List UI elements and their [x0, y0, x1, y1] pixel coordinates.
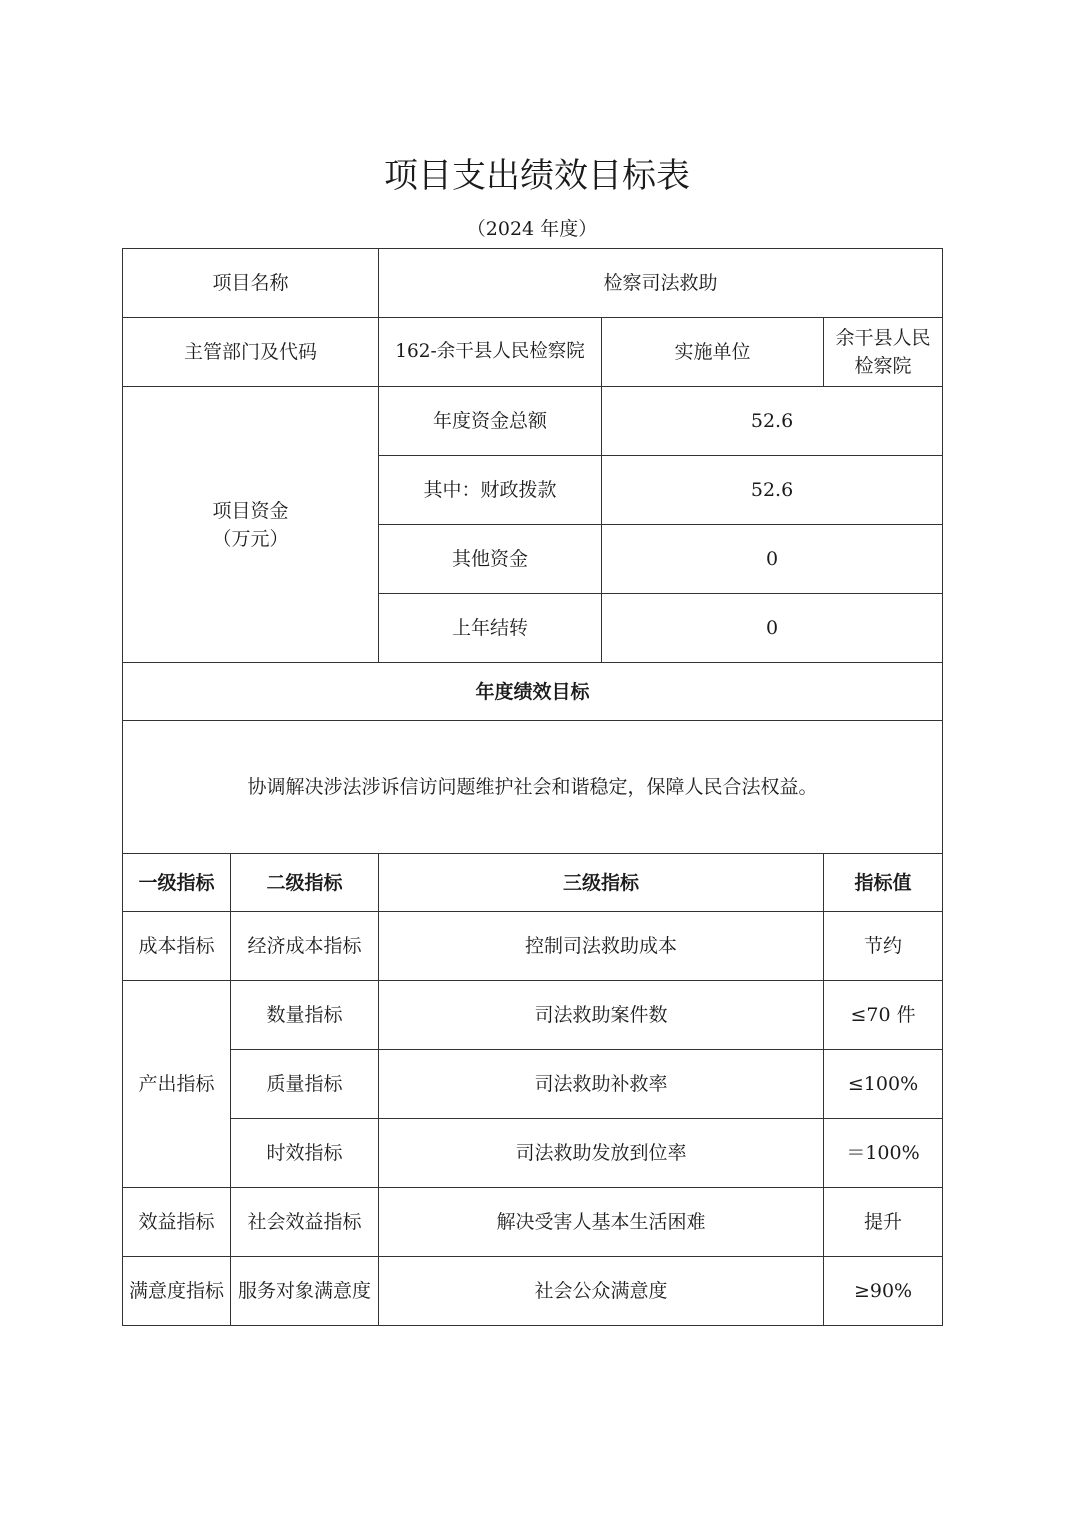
- value-cell: ≥90%: [824, 1257, 943, 1326]
- level2-cell: 时效指标: [231, 1119, 379, 1188]
- level3-cell: 司法救助补救率: [379, 1050, 824, 1119]
- dept-label: 主管部门及代码: [123, 318, 379, 387]
- level3-cell: 社会公众满意度: [379, 1257, 824, 1326]
- indicator-row: 成本指标 经济成本指标 控制司法救助成本 节约: [123, 912, 943, 981]
- funds-label-line2: （万元）: [125, 525, 376, 553]
- level2-cell: 经济成本指标: [231, 912, 379, 981]
- level1-cell: 满意度指标: [123, 1257, 231, 1326]
- fund-value: 52.6: [602, 456, 943, 525]
- level3-cell: 司法救助案件数: [379, 981, 824, 1050]
- goal-header-row: 年度绩效目标: [123, 663, 943, 721]
- indicator-row: 产出指标 数量指标 司法救助案件数 ≤70 件: [123, 981, 943, 1050]
- fund-label: 上年结转: [379, 594, 602, 663]
- level3-cell: 解决受害人基本生活困难: [379, 1188, 824, 1257]
- header-level2: 二级指标: [231, 854, 379, 912]
- fund-label: 年度资金总额: [379, 387, 602, 456]
- level2-cell: 社会效益指标: [231, 1188, 379, 1257]
- fund-label: 其中：财政拨款: [379, 456, 602, 525]
- department-row: 主管部门及代码 162-余干县人民检察院 实施单位 余干县人民检察院: [123, 318, 943, 387]
- indicator-row: 质量指标 司法救助补救率 ≤100%: [123, 1050, 943, 1119]
- level2-cell: 数量指标: [231, 981, 379, 1050]
- project-name-value: 检察司法救助: [379, 249, 943, 318]
- indicator-row: 效益指标 社会效益指标 解决受害人基本生活困难 提升: [123, 1188, 943, 1257]
- funds-label-line1: 项目资金: [125, 497, 376, 525]
- indicator-header-row: 一级指标 二级指标 三级指标 指标值: [123, 854, 943, 912]
- value-cell: 节约: [824, 912, 943, 981]
- project-name-label: 项目名称: [123, 249, 379, 318]
- dept-value: 162-余干县人民检察院: [379, 318, 602, 387]
- level3-cell: 司法救助发放到位率: [379, 1119, 824, 1188]
- level3-cell: 控制司法救助成本: [379, 912, 824, 981]
- value-cell: 提升: [824, 1188, 943, 1257]
- header-value: 指标值: [824, 854, 943, 912]
- document-subtitle: （2024 年度）: [0, 214, 1064, 241]
- funds-row-total: 项目资金 （万元） 年度资金总额 52.6: [123, 387, 943, 456]
- header-level3: 三级指标: [379, 854, 824, 912]
- performance-target-table: 项目名称 检察司法救助 主管部门及代码 162-余干县人民检察院 实施单位 余干…: [122, 248, 943, 1326]
- value-cell: ≤100%: [824, 1050, 943, 1119]
- fund-value: 52.6: [602, 387, 943, 456]
- value-cell: ≤70 件: [824, 981, 943, 1050]
- value-cell: ＝100%: [824, 1119, 943, 1188]
- fund-value: 0: [602, 594, 943, 663]
- funds-label: 项目资金 （万元）: [123, 387, 379, 663]
- goal-text: 协调解决涉法涉诉信访问题维护社会和谐稳定，保障人民合法权益。: [123, 721, 943, 854]
- header-level1: 一级指标: [123, 854, 231, 912]
- document-title: 项目支出绩效目标表: [0, 148, 1074, 197]
- goal-header: 年度绩效目标: [123, 663, 943, 721]
- impl-unit-label: 实施单位: [602, 318, 824, 387]
- level1-cell: 成本指标: [123, 912, 231, 981]
- indicator-row: 时效指标 司法救助发放到位率 ＝100%: [123, 1119, 943, 1188]
- impl-unit-value: 余干县人民检察院: [824, 318, 943, 387]
- level2-cell: 服务对象满意度: [231, 1257, 379, 1326]
- fund-value: 0: [602, 525, 943, 594]
- level1-cell: 效益指标: [123, 1188, 231, 1257]
- indicator-row: 满意度指标 服务对象满意度 社会公众满意度 ≥90%: [123, 1257, 943, 1326]
- fund-label: 其他资金: [379, 525, 602, 594]
- level1-cell: 产出指标: [123, 981, 231, 1188]
- level2-cell: 质量指标: [231, 1050, 379, 1119]
- project-name-row: 项目名称 检察司法救助: [123, 249, 943, 318]
- goal-text-row: 协调解决涉法涉诉信访问题维护社会和谐稳定，保障人民合法权益。: [123, 721, 943, 854]
